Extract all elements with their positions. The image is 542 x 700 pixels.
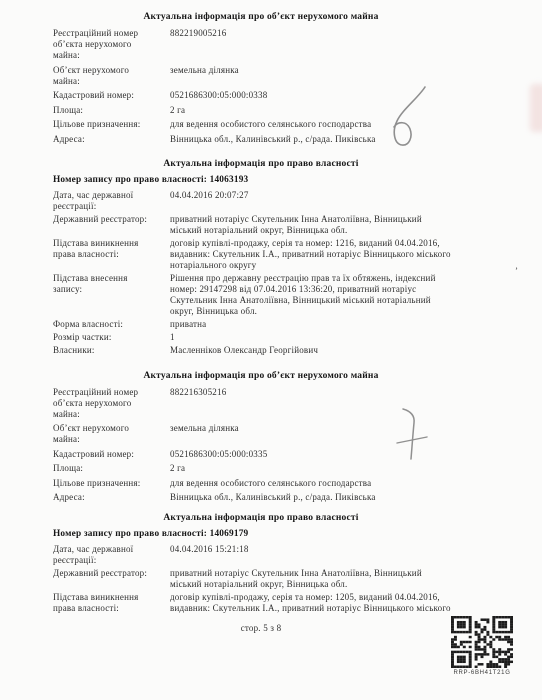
- qr-caption: RRP-6ВН41Т21G: [444, 670, 520, 677]
- field-value: земельна ділянка: [170, 423, 542, 434]
- field-row: Форма власності: приватна: [53, 319, 542, 330]
- record-number-line: Номер запису про право власності: 140631…: [53, 175, 542, 186]
- field-value: приватний нотаріус Скутельник Інна Анато…: [170, 568, 542, 590]
- field-value: Вінницька обл., Калинівський р., с/рада.…: [170, 492, 542, 503]
- field-value: 882219005216: [170, 28, 542, 39]
- field-row: Державний реєстратор: приватний нотаріус…: [53, 568, 542, 590]
- field-label: Власники:: [53, 345, 170, 356]
- field-value: Рішення про державну реєстрацію прав та …: [170, 273, 542, 317]
- field-row: Кадастровий номер: 0521686300:05:000:033…: [53, 449, 542, 460]
- field-row: Цільове призначення: для ведення особист…: [53, 478, 542, 489]
- field-label: Цільове призначення:: [53, 478, 170, 489]
- section-title: Актуальна інформація про право власності: [0, 513, 542, 524]
- ownership-section: Номер запису про право власності: 140691…: [0, 529, 542, 614]
- field-row: Цільове призначення: для ведення особист…: [53, 119, 542, 130]
- field-value: Вінницька обл., Калинівський р., с/рада.…: [170, 134, 542, 145]
- field-value: для ведення особистого селянського госпо…: [170, 478, 542, 489]
- field-row: Дата, час державної реєстрації: 04.04.20…: [53, 544, 542, 566]
- field-row: Власники: Масленніков Олександр Георгійо…: [53, 345, 542, 356]
- field-label: Підстава виникнення права власності:: [53, 238, 170, 260]
- field-label: Об’єкт нерухомого майна:: [53, 423, 170, 445]
- field-label: Кадастровий номер:: [53, 449, 170, 460]
- field-row: Державний реєстратор: приватний нотаріус…: [53, 214, 542, 236]
- field-row: Об’єкт нерухомого майна: земельна ділянк…: [53, 65, 542, 87]
- field-label: Площа:: [53, 105, 170, 116]
- field-value: 1: [170, 332, 542, 343]
- field-label: Цільове призначення:: [53, 119, 170, 130]
- document-page: Актуальна інформація про об’єкт нерухомо…: [0, 0, 542, 700]
- field-value: договір купівлі-продажу, серія та номер:…: [170, 592, 542, 614]
- field-value: 882216305216: [170, 387, 542, 398]
- field-label: Об’єкт нерухомого майна:: [53, 65, 170, 87]
- field-value: приватна: [170, 319, 542, 330]
- field-label: Державний реєстратор:: [53, 214, 170, 225]
- scan-smudge: [530, 84, 542, 132]
- field-row: Реєстраційний номер об’єкта нерухомого м…: [53, 387, 542, 420]
- field-row: Підстава виникнення права власності: дог…: [53, 592, 542, 614]
- record-number-line: Номер запису про право власності: 140691…: [53, 529, 542, 540]
- qr-code: [451, 616, 513, 668]
- field-row: Площа: 2 га: [53, 463, 542, 474]
- field-label: Адреса:: [53, 134, 170, 145]
- field-row: Об’єкт нерухомого майна: земельна ділянк…: [53, 423, 542, 445]
- object-section: Реєстраційний номер об’єкта нерухомого м…: [0, 28, 542, 145]
- ownership-section: Номер запису про право власності: 140631…: [0, 175, 542, 356]
- field-label: Адреса:: [53, 492, 170, 503]
- field-row: Розмір частки: 1: [53, 332, 542, 343]
- field-row: Реєстраційний номер об’єкта нерухомого м…: [53, 28, 542, 61]
- section-title: Актуальна інформація про об’єкт нерухомо…: [0, 371, 542, 382]
- field-label: Розмір частки:: [53, 332, 170, 343]
- field-value: земельна ділянка: [170, 65, 542, 76]
- field-value: приватний нотаріус Скутельник Інна Анато…: [170, 214, 542, 236]
- field-value: Масленніков Олександр Георгійович: [170, 345, 542, 356]
- field-label: Дата, час державної реєстрації:: [53, 190, 170, 212]
- field-row: Адреса: Вінницька обл., Калинівський р.,…: [53, 492, 542, 503]
- field-value: 04.04.2016 15:21:18: [170, 544, 542, 555]
- field-label: Площа:: [53, 463, 170, 474]
- field-label: Кадастровий номер:: [53, 90, 170, 101]
- field-label: Підстава внесення запису:: [53, 273, 170, 295]
- field-label: Державний реєстратор:: [53, 568, 170, 579]
- field-row: Адреса: Вінницька обл., Калинівський р.,…: [53, 134, 542, 145]
- field-value: 0521686300:05:000:0335: [170, 449, 542, 460]
- field-value: для ведення особистого селянського госпо…: [170, 119, 542, 130]
- field-row: Площа: 2 га: [53, 105, 542, 116]
- field-label: Реєстраційний номер об’єкта нерухомого м…: [53, 387, 170, 420]
- section-title: Актуальна інформація про об’єкт нерухомо…: [0, 12, 542, 23]
- field-label: Підстава виникнення права власності:: [53, 592, 170, 614]
- field-label: Форма власності:: [53, 319, 170, 330]
- field-value: 04.04.2016 20:07:27: [170, 190, 542, 201]
- field-label: Реєстраційний номер об’єкта нерухомого м…: [53, 28, 170, 61]
- field-value: 2 га: [170, 105, 542, 116]
- field-row: Дата, час державної реєстрації: 04.04.20…: [53, 190, 542, 212]
- field-row: Підстава виникнення права власності: дог…: [53, 238, 542, 271]
- field-value: 0521686300:05:000:0338: [170, 90, 542, 101]
- object-section: Реєстраційний номер об’єкта нерухомого м…: [0, 387, 542, 504]
- field-row: Кадастровий номер: 0521686300:05:000:033…: [53, 90, 542, 101]
- field-value: 2 га: [170, 463, 542, 474]
- field-label: Дата, час державної реєстрації:: [53, 544, 170, 566]
- field-row: Підстава внесення запису: Рішення про де…: [53, 273, 542, 317]
- field-value: договір купівлі-продажу, серія та номер:…: [170, 238, 542, 271]
- section-title: Актуальна інформація про право власності: [0, 159, 542, 170]
- stray-mark: ’: [515, 266, 518, 277]
